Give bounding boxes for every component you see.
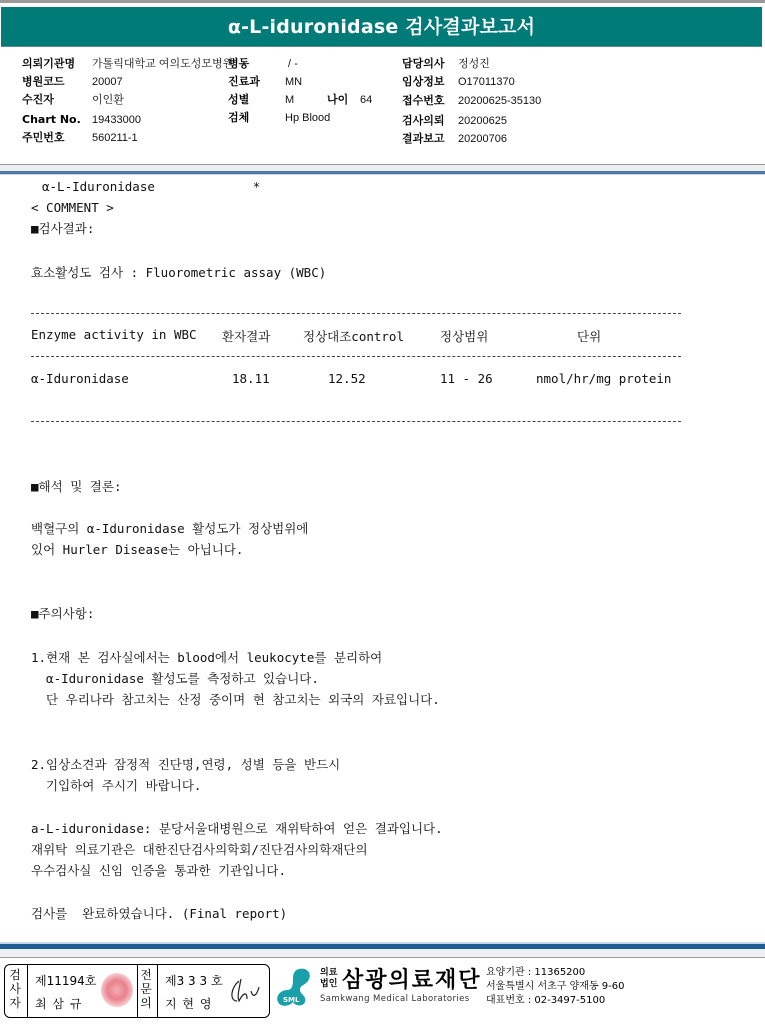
table-header-unit: 단위 — [577, 327, 601, 345]
org-code: 요양기관 : 11365200 — [486, 966, 625, 980]
report-title: α-L-iduronidase 검사결과보고서 — [1, 7, 762, 47]
section-result-heading: ■검사결과: — [31, 220, 94, 238]
test-name-line: α-L-Iduronidase * — [42, 178, 260, 196]
table-header-patient: 환자결과 — [222, 327, 270, 345]
table-header-enzyme: Enzyme activity in WBC — [31, 327, 197, 342]
info-chart-no: Chart No.19433000 — [22, 111, 141, 128]
info-resident-no: 주민번호560211-1 — [22, 129, 138, 146]
final-report-line: 검사를 완료하였습니다. (Final report) — [31, 905, 287, 923]
caution-line: α-Iduronidase 활성도를 측정하고 있습니다. — [31, 670, 319, 688]
table-header-control: 정상대조control — [303, 327, 404, 345]
referral-line: 우수검사실 신임 인증을 통과한 기관입니다. — [31, 862, 286, 880]
org-name: 삼광의료재단 — [342, 963, 482, 994]
section-caution-heading: ■주의사항: — [31, 605, 94, 623]
info-receipt-no: 접수번호20200625-35130 — [402, 92, 541, 109]
header-divider — [0, 174, 765, 175]
info-hospital-code: 병원코드20007 — [22, 73, 123, 90]
info-patient-name: 수진자이인환 — [22, 91, 124, 108]
info-doctor: 담당의사정성진 — [402, 55, 490, 72]
table-row-range: 11 - 26 — [440, 371, 493, 386]
method-line: 효소활성도 검사 : Fluorometric assay (WBC) — [31, 264, 326, 282]
table-row-patient-result: 18.11 — [232, 371, 270, 386]
table-row-enzyme: α-Iduronidase — [31, 371, 129, 386]
table-row-unit: nmol/hr/mg protein — [536, 371, 671, 386]
org-phone: 대표번호 : 02-3497-5100 — [486, 994, 625, 1008]
caution-line: 2.임상소견과 잠정적 진단명,연령, 성별 등을 반드시 — [31, 756, 340, 774]
referral-line: 재위탁 의료기관은 대한진단검사의학회/진단검사의학재단의 — [31, 841, 368, 859]
interpretation-line: 백혈구의 α-Iduronidase 활성도가 정상범위에 — [31, 520, 308, 538]
caution-line: 기입하여 주시기 바랍니다. — [31, 777, 201, 795]
signature-icon — [227, 977, 263, 1005]
specialist-number: 제3 3 3 호 — [165, 972, 223, 989]
info-report-date: 결과보고20200706 — [402, 130, 507, 147]
top-border — [0, 0, 765, 3]
info-ward: 병동/ - — [228, 55, 298, 72]
info-sex: 성별M나이64 — [228, 91, 372, 108]
info-specimen: 검체Hp Blood — [228, 109, 330, 126]
comment-label: < COMMENT > — [31, 199, 114, 217]
section-interpretation-heading: ■해석 및 결론: — [31, 478, 121, 496]
table-rule — [31, 313, 681, 314]
info-department: 진료과MN — [228, 73, 302, 90]
org-english-name: Samkwang Medical Laboratories — [320, 994, 470, 1004]
table-rule — [31, 356, 681, 357]
caution-line: 1.현재 본 검사실에서는 blood에서 leukocyte를 분리하여 — [31, 649, 382, 667]
divider — [27, 965, 28, 1017]
footer-divider — [0, 957, 765, 958]
info-clinical: 임상정보O17011370 — [402, 73, 515, 90]
svg-text:SML: SML — [283, 996, 300, 1004]
examiner-number: 제11194호 — [35, 972, 96, 989]
specialist-role: 전문의 — [139, 968, 153, 1010]
signature-box: 검사자 제11194호 최 삼 규 전문의 제3 3 3 호 지 현 영 — [4, 964, 270, 1018]
footer-divider — [0, 949, 765, 957]
org-contact-info: 요양기관 : 11365200 서울특별시 서초구 양재동 9-60 대표번호 … — [486, 966, 625, 1008]
examiner-name: 최 삼 규 — [35, 995, 82, 1012]
examiner-role: 검사자 — [8, 968, 22, 1010]
info-institution: 의뢰기관명가톨릭대학교 여의도성모병원 — [22, 55, 233, 72]
divider — [157, 965, 158, 1017]
org-address: 서울특별시 서초구 양재동 9-60 — [486, 980, 625, 994]
table-row-control: 12.52 — [328, 371, 366, 386]
table-header-range: 정상범위 — [440, 327, 488, 345]
sml-logo-icon: SML — [273, 966, 317, 1010]
table-rule — [31, 421, 681, 422]
caution-line: 단 우리나라 참고치는 산정 중이며 현 참고치는 외국의 자료입니다. — [31, 691, 440, 709]
info-request-date: 검사의뢰20200625 — [402, 112, 507, 129]
divider — [137, 965, 138, 1017]
org-prefix: 의료 법인 — [320, 968, 337, 990]
seal-stamp-icon — [101, 973, 133, 1007]
interpretation-line: 있어 Hurler Disease는 아닙니다. — [31, 541, 243, 559]
referral-line: a-L-iduronidase: 분당서울대병원으로 재위탁하여 얻은 결과입니… — [31, 820, 443, 838]
specialist-name: 지 현 영 — [165, 995, 212, 1012]
